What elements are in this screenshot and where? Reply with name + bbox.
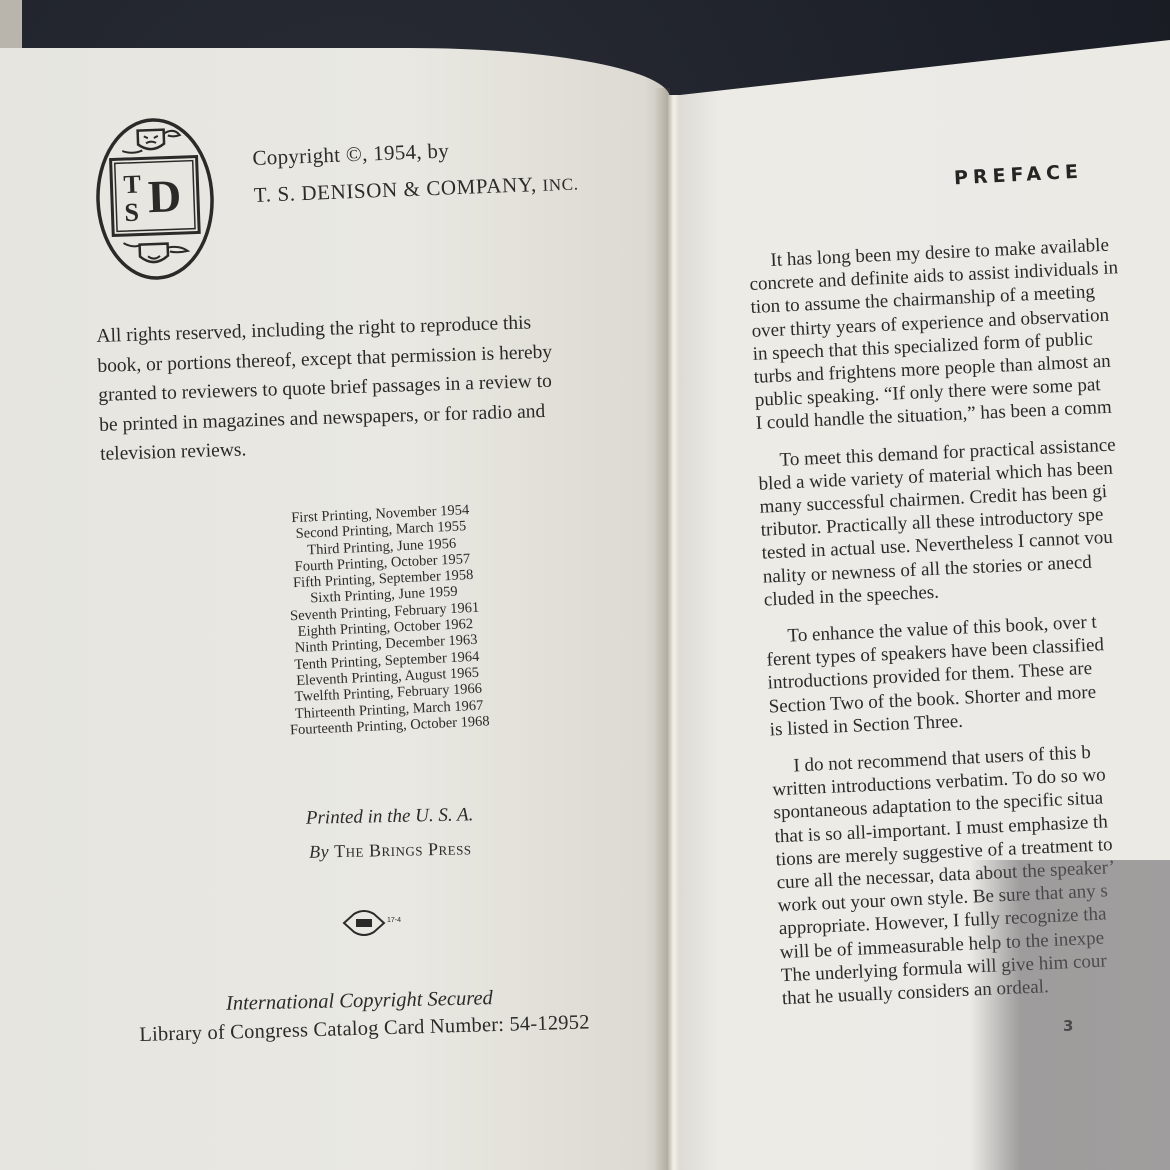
- copyright-notice: Copyright ©, 1954, by T. S. DENISON & CO…: [252, 134, 579, 208]
- preface-body: It has long been my desire to make avail…: [748, 229, 1170, 1024]
- rights-reserved-paragraph: All rights reserved, including the right…: [96, 305, 640, 469]
- paragraph: To meet this demand for practical assist…: [757, 429, 1170, 612]
- theater-masks-book-logo-icon: T S D: [91, 114, 219, 284]
- paragraph: I do not recommend that users of this b …: [771, 735, 1170, 1011]
- paragraph: It has long been my desire to make avail…: [748, 229, 1170, 435]
- svg-text:S: S: [124, 198, 139, 227]
- svg-text:T: T: [123, 169, 141, 199]
- union-bug-icon: 17-4: [340, 908, 404, 938]
- preface-text-region: It has long been my desire to make avail…: [680, 0, 1170, 1170]
- page-number: 3: [1063, 1017, 1073, 1035]
- svg-text:17-4: 17-4: [387, 917, 401, 924]
- paragraph: To enhance the value of this book, over …: [765, 605, 1170, 742]
- printer-info: Printed in the U. S. A. By The Brings Pr…: [199, 802, 580, 865]
- printing-history: First Printing, November 1954 Second Pri…: [250, 500, 520, 740]
- svg-text:D: D: [147, 170, 182, 222]
